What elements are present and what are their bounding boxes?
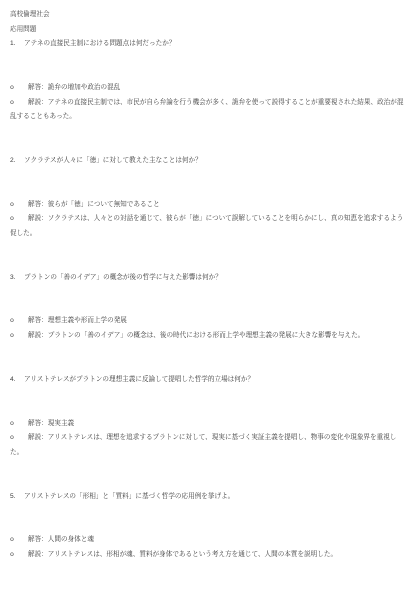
answer-text: 理想主義や形而上学の発展	[48, 317, 127, 324]
spacer	[10, 52, 408, 81]
explanation-line: o解説：ソクラテスは、人々との対話を通じて、彼らが「徳」について誤解していること…	[10, 212, 408, 241]
bullet-icon: o	[10, 81, 28, 96]
qa-block: 3.プラトンの「善のイデア」の概念が後の哲学に与えた影響は何か？ o解答：理想主…	[10, 271, 408, 373]
question-number: 5.	[10, 490, 24, 505]
qa-block: 1.アテネの直接民主制における問題点は何だったか？ o解答：詭弁の増加や政治の混…	[10, 37, 408, 154]
answer-text: 人間の身体と魂	[48, 536, 94, 543]
explanation-text: プラトンの「善のイデア」の概念は、後の時代における形而上学や理想主義の発展に大き…	[48, 332, 365, 339]
explanation-label: 解説：	[28, 551, 48, 558]
explanation-label: 解説：	[28, 99, 48, 106]
explanation-text: アテネの直接民主制では、市民が自ら弁論を行う機会が多く、詭弁を使って説得すること…	[10, 99, 403, 121]
answer-text: 詭弁の増加や政治の混乱	[48, 84, 121, 91]
answer-line: o解答：理想主義や形而上学の発展	[10, 314, 408, 329]
answer-label: 解答：	[28, 201, 48, 208]
explanation-line: o解説：アリストテレスは、形相が魂、質料が身体であるという考え方を通じて、人間の…	[10, 548, 408, 563]
answer-line: o解答：彼らが「徳」について無知であること	[10, 198, 408, 213]
answer-text: 彼らが「徳」について無知であること	[48, 201, 160, 208]
bullet-icon: o	[10, 314, 28, 329]
question-text: プラトンの「善のイデア」の概念が後の哲学に与えた影響は何か？	[24, 274, 222, 281]
spacer	[10, 344, 408, 373]
answer-line: o解答：人間の身体と魂	[10, 533, 408, 548]
explanation-text: アリストテレスは、理想を追求するプラトンに対して、現実に基づく実証主義を提唱し、…	[10, 434, 396, 456]
answer-label: 解答：	[28, 317, 48, 324]
document-body: 高校倫理社会 応用問題 1.アテネの直接民主制における問題点は何だったか？ o解…	[10, 8, 408, 592]
question-number: 1.	[10, 37, 24, 52]
spacer	[10, 387, 408, 416]
bullet-icon: o	[10, 533, 28, 548]
explanation-label: 解説：	[28, 332, 48, 339]
bullet-icon: o	[10, 417, 28, 432]
question-number: 3.	[10, 271, 24, 286]
qa-block: 5.アリストテレスの「形相」と「質料」に基づく哲学の応用例を挙げよ。 o解答：人…	[10, 490, 408, 592]
question-number: 2.	[10, 154, 24, 169]
explanation-label: 解説：	[28, 215, 48, 222]
explanation-line: o解説：アリストテレスは、理想を追求するプラトンに対して、現実に基づく実証主義を…	[10, 431, 408, 460]
document-title: 高校倫理社会	[10, 8, 408, 23]
question-line: 2.ソクラテスが人々に「徳」に対して教えた主なことは何か？	[10, 154, 408, 169]
explanation-text: アリストテレスは、形相が魂、質料が身体であるという考え方を通じて、人間の本質を説…	[48, 551, 337, 558]
question-text: アリストテレスがプラトンの理想主義に反論して提唱した哲学的立場は何か？	[24, 376, 254, 383]
answer-label: 解答：	[28, 536, 48, 543]
answer-line: o解答：詭弁の増加や政治の混乱	[10, 81, 408, 96]
question-text: アリストテレスの「形相」と「質料」に基づく哲学の応用例を挙げよ。	[24, 493, 234, 500]
document-subtitle: 応用問題	[10, 23, 408, 38]
spacer	[10, 285, 408, 314]
spacer	[10, 504, 408, 533]
question-line: 4.アリストテレスがプラトンの理想主義に反論して提唱した哲学的立場は何か？	[10, 373, 408, 388]
answer-label: 解答：	[28, 84, 48, 91]
answer-label: 解答：	[28, 420, 48, 427]
explanation-line: o解説：アテネの直接民主制では、市民が自ら弁論を行う機会が多く、詭弁を使って説得…	[10, 96, 408, 125]
spacer	[10, 563, 408, 592]
question-line: 5.アリストテレスの「形相」と「質料」に基づく哲学の応用例を挙げよ。	[10, 490, 408, 505]
explanation-label: 解説：	[28, 434, 48, 441]
qa-block: 2.ソクラテスが人々に「徳」に対して教えた主なことは何か？ o解答：彼らが「徳」…	[10, 154, 408, 271]
bullet-icon: o	[10, 198, 28, 213]
spacer	[10, 125, 408, 154]
spacer	[10, 242, 408, 271]
bullet-icon: o	[10, 431, 28, 446]
bullet-icon: o	[10, 212, 28, 227]
explanation-text: ソクラテスは、人々との対話を通じて、彼らが「徳」について誤解していることを明らか…	[10, 215, 403, 237]
spacer	[10, 169, 408, 198]
question-line: 1.アテネの直接民主制における問題点は何だったか？	[10, 37, 408, 52]
bullet-icon: o	[10, 548, 28, 563]
question-text: アテネの直接民主制における問題点は何だったか？	[24, 40, 175, 47]
question-text: ソクラテスが人々に「徳」に対して教えた主なことは何か？	[24, 157, 202, 164]
bullet-icon: o	[10, 329, 28, 344]
explanation-line: o解説：プラトンの「善のイデア」の概念は、後の時代における形而上学や理想主義の発…	[10, 329, 408, 344]
qa-list: 1.アテネの直接民主制における問題点は何だったか？ o解答：詭弁の増加や政治の混…	[10, 37, 408, 592]
answer-line: o解答：現実主義	[10, 417, 408, 432]
answer-text: 現実主義	[48, 420, 74, 427]
bullet-icon: o	[10, 96, 28, 111]
spacer	[10, 460, 408, 489]
document-page: 高校倫理社会 応用問題 1.アテネの直接民主制における問題点は何だったか？ o解…	[0, 0, 409, 600]
question-line: 3.プラトンの「善のイデア」の概念が後の哲学に与えた影響は何か？	[10, 271, 408, 286]
qa-block: 4.アリストテレスがプラトンの理想主義に反論して提唱した哲学的立場は何か？ o解…	[10, 373, 408, 490]
question-number: 4.	[10, 373, 24, 388]
